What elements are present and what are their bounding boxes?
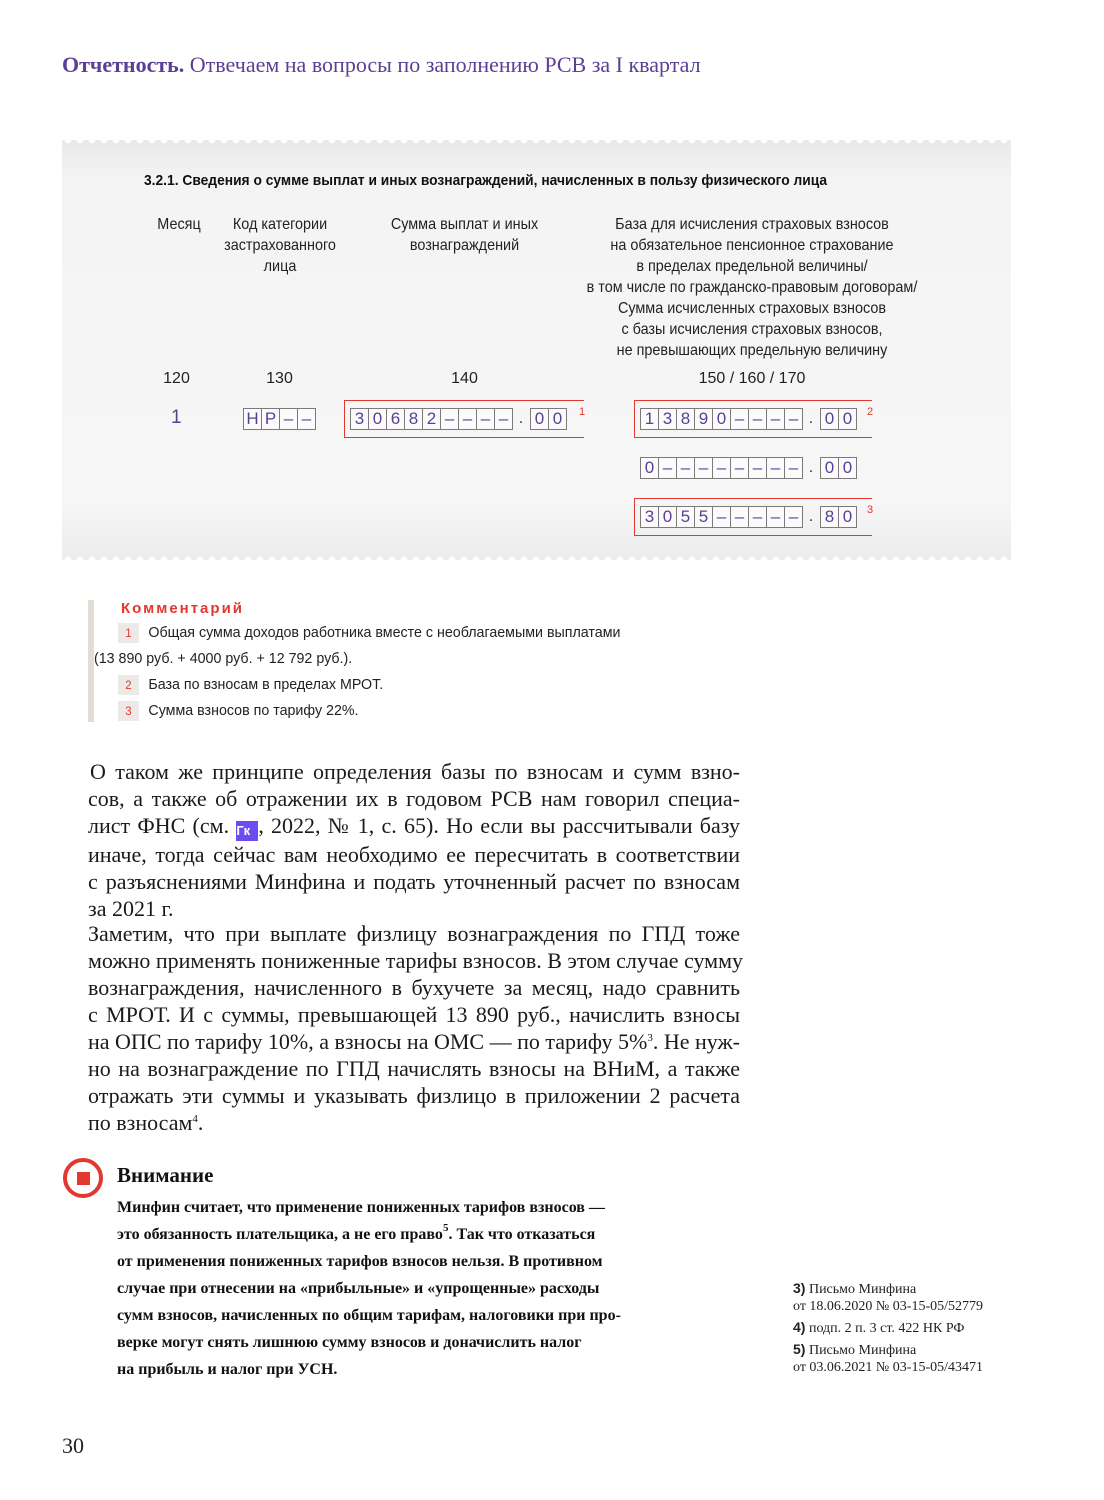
form-char-cell: 5: [676, 506, 695, 528]
comment-box: Комментарий 1Общая сумма доходов работни…: [88, 600, 708, 722]
page-number: 30: [62, 1433, 84, 1459]
paragraph-2: Заметим, что при выплате физлицу вознагр…: [88, 920, 740, 1136]
form-char-cell: Н: [243, 408, 262, 430]
decimal-point: .: [802, 457, 820, 479]
form-char-cell: –: [766, 408, 785, 430]
column-code-120: 120: [154, 370, 199, 388]
column-code-130: 130: [257, 370, 302, 388]
form-char-cell: –: [748, 457, 767, 479]
form-char-cell: 2: [422, 408, 441, 430]
comment-item-1: 1Общая сумма доходов работника вместе с …: [118, 623, 679, 643]
scallop-edge-bottom: [62, 554, 1011, 560]
form-char-cell: Р: [261, 408, 280, 430]
comment-title: Комментарий: [121, 600, 708, 617]
form-char-cell: 6: [386, 408, 405, 430]
form-char-cell: –: [784, 506, 803, 528]
column-code-140: 140: [442, 370, 487, 388]
form-title: 3.2.1. Сведения о сумме выплат и иных во…: [144, 172, 827, 189]
form-char-cell: 0: [712, 408, 731, 430]
sum-140-field: 30682––––.00: [350, 408, 566, 430]
form-char-cell: –: [494, 408, 513, 430]
form-char-cell: 8: [404, 408, 423, 430]
footnote-5: 5) Письмо Минфинаот 03.06.2021 № 03-15-0…: [793, 1341, 1023, 1376]
scallop-edge-top: [62, 140, 1011, 146]
form-char-cell: –: [297, 408, 316, 430]
attention-title: Внимание: [117, 1163, 213, 1188]
form-char-cell: 0: [368, 408, 387, 430]
column-code-150-160-170: 150 / 160 / 170: [672, 370, 832, 388]
form-char-cell: 0: [820, 408, 839, 430]
form-char-cell: –: [712, 457, 731, 479]
form-char-cell: –: [440, 408, 459, 430]
paragraph-1: О таком же принципе определения базы по …: [88, 758, 740, 922]
running-head-title: Отвечаем на вопросы по заполнению РСВ за…: [190, 52, 701, 77]
form-char-cell: 0: [658, 506, 677, 528]
form-char-cell: –: [694, 457, 713, 479]
month-value: 1: [171, 407, 182, 429]
form-char-cell: –: [279, 408, 298, 430]
form-char-cell: 5: [694, 506, 713, 528]
column-header-sum: Сумма выплат и иныхвознаграждений: [372, 214, 557, 256]
attention-stop-icon: [63, 1158, 103, 1198]
column-header-category: Код категориизастрахованноголица: [217, 214, 343, 277]
comment-item-1-continuation: (13 890 руб. + 4000 руб. + 12 792 руб.).: [94, 649, 677, 669]
form-char-cell: –: [784, 457, 803, 479]
base-150-field: 13890––––.00: [640, 408, 856, 430]
form-illustration: 3.2.1. Сведения о сумме выплат и иных во…: [62, 140, 1011, 560]
comment-number-badge: 3: [118, 701, 139, 721]
form-char-cell: 3: [640, 506, 659, 528]
form-char-cell: –: [476, 408, 495, 430]
decimal-point: .: [802, 506, 820, 528]
comment-item-3: 3Сумма взносов по тарифу 22%.: [118, 701, 679, 721]
footnote-3: 3) Письмо Минфинаот 18.06.2020 № 03-15-0…: [793, 1280, 1023, 1315]
gk-magazine-icon[interactable]: Гк: [236, 821, 258, 841]
form-char-cell: –: [748, 408, 767, 430]
form-char-cell: 9: [694, 408, 713, 430]
column-header-month: Месяц: [148, 214, 211, 235]
form-char-cell: 0: [838, 506, 857, 528]
form-char-cell: 3: [350, 408, 369, 430]
form-char-cell: –: [730, 457, 749, 479]
category-code-field: НР––: [243, 408, 315, 430]
running-head-section: Отчетность.: [62, 52, 184, 77]
form-char-cell: 0: [530, 408, 549, 430]
comment-number-badge: 1: [118, 623, 139, 643]
form-char-cell: 0: [838, 457, 857, 479]
form-char-cell: –: [730, 506, 749, 528]
footnote-4: 4) подп. 2 п. 3 ст. 422 НК РФ: [793, 1319, 1023, 1337]
form-char-cell: 1: [640, 408, 659, 430]
form-char-cell: –: [712, 506, 731, 528]
form-char-cell: 0: [838, 408, 857, 430]
column-header-base: База для исчисления страховых взносовна …: [572, 214, 932, 361]
comment-item-2: 2База по взносам в пределах МРОТ.: [118, 675, 679, 695]
decimal-point: .: [802, 408, 820, 430]
form-char-cell: –: [766, 457, 785, 479]
sum-170-field: 3055–––––.80: [640, 506, 856, 528]
attention-body: Минфин считает, что применение пониженны…: [117, 1194, 747, 1383]
comment-mark-2: 2: [867, 406, 873, 418]
base-160-field: 0––––––––.00: [640, 457, 856, 479]
form-char-cell: –: [458, 408, 477, 430]
form-char-cell: –: [658, 457, 677, 479]
running-head: Отчетность. Отвечаем на вопросы по запол…: [62, 52, 701, 78]
footnotes: 3) Письмо Минфинаот 18.06.2020 № 03-15-0…: [793, 1280, 1023, 1380]
form-char-cell: 0: [548, 408, 567, 430]
comment-mark-3: 3: [867, 504, 873, 516]
decimal-point: .: [512, 408, 530, 430]
form-char-cell: –: [784, 408, 803, 430]
form-char-cell: –: [730, 408, 749, 430]
form-char-cell: 8: [676, 408, 695, 430]
form-char-cell: 3: [658, 408, 677, 430]
form-char-cell: –: [748, 506, 767, 528]
form-char-cell: –: [766, 506, 785, 528]
form-char-cell: 0: [640, 457, 659, 479]
form-char-cell: 0: [820, 457, 839, 479]
comment-mark-1: 1: [579, 406, 585, 418]
form-char-cell: –: [676, 457, 695, 479]
form-char-cell: 8: [820, 506, 839, 528]
comment-number-badge: 2: [118, 675, 139, 695]
